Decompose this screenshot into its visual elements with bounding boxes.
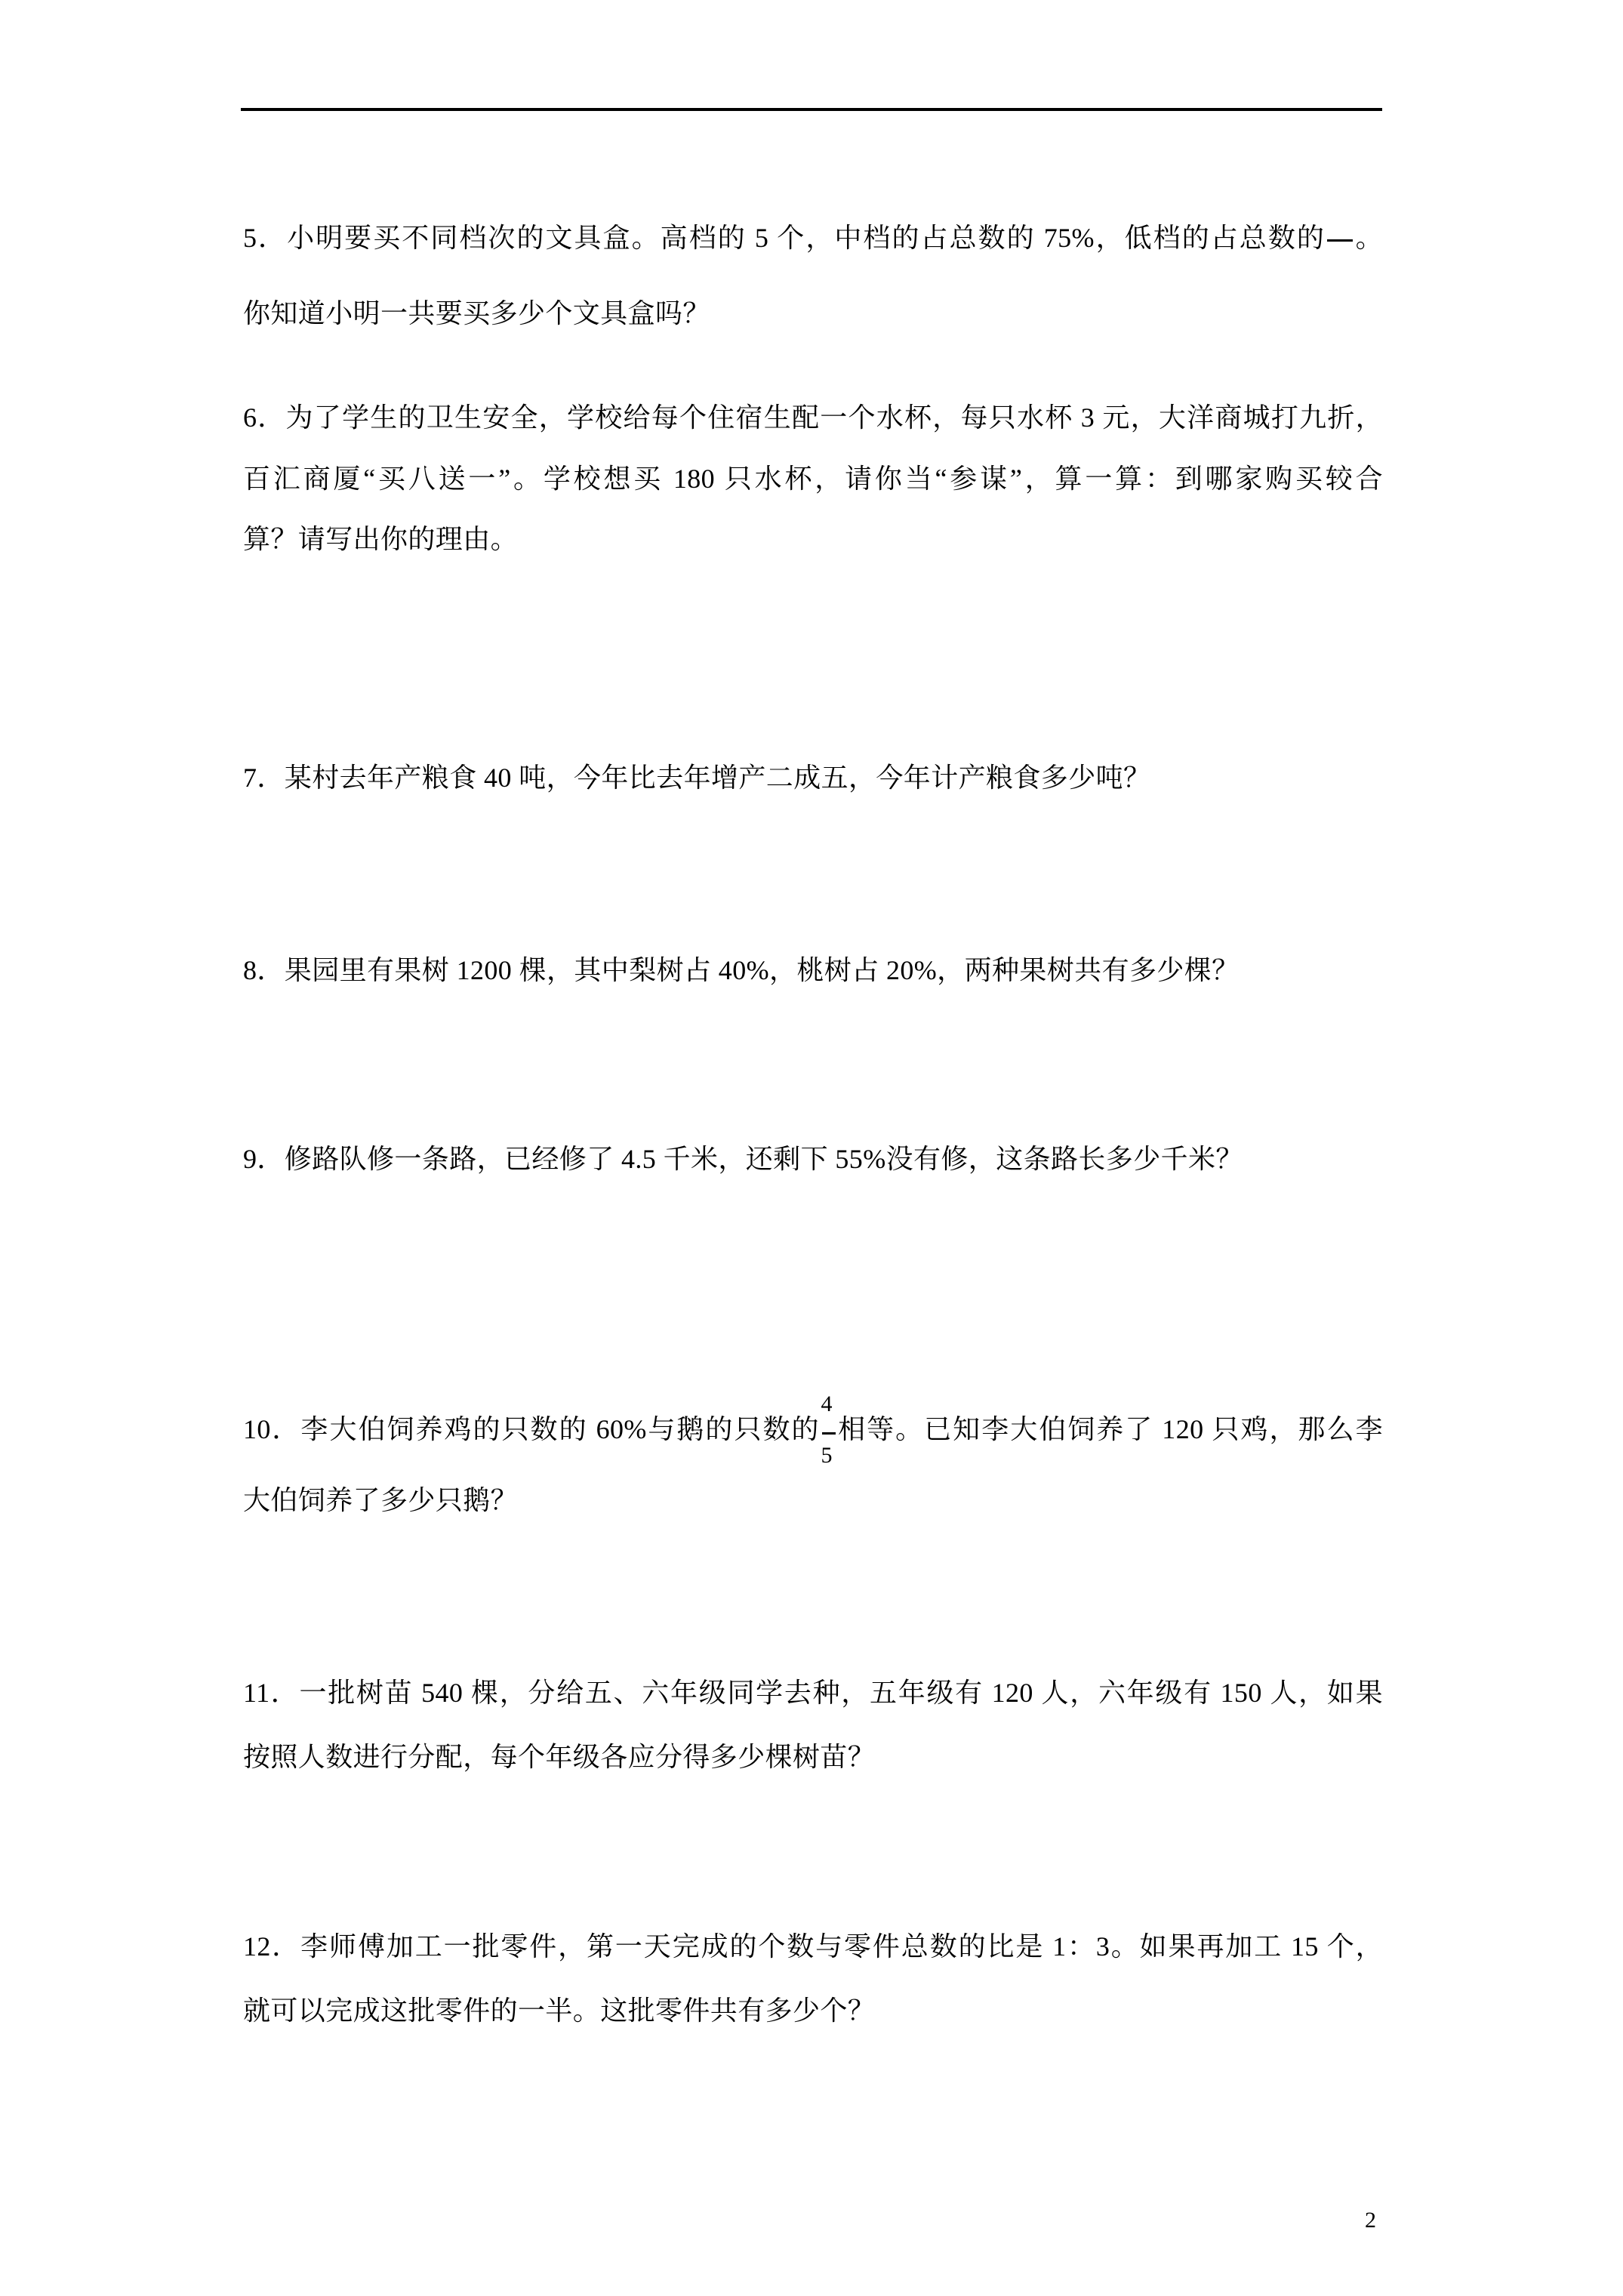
question-6-line-1: 6．为了学生的卫生安全，学校给每个住宿生配一个水杯，每只水杯 3 元，大洋商城打… [243,401,1383,434]
question-10-text: 10．李大伯饲养鸡的只数的 60%与鹅的只数的 [243,1414,821,1444]
fraction-bar [822,1432,836,1435]
question-10-text-end: 相等。已知李大伯饲养了 120 只鸡，那么李 [837,1414,1384,1444]
question-5-line-2: 你知道小明一共要买多少个文具盒吗？ [243,297,1383,330]
question-6-line-2: 百汇商厦“买八送一”。学校想买 180 只水杯，请你当“参谋”，算一算：到哪家购… [243,462,1383,495]
question-12-line-2: 就可以完成这批零件的一半。这批零件共有多少个？ [243,1994,1383,2027]
header-rule [241,108,1382,111]
question-12-line-1: 12．李师傅加工一批零件，第一天完成的个数与零件总数的比是 1：3。如果再加工 … [243,1930,1383,1963]
fraction-blank [1327,239,1353,242]
question-5-line-1: 5．小明要买不同档次的文具盒。高档的 5 个，中档的占总数的 75%，低档的占总… [243,221,1383,254]
question-5-text: 5．小明要买不同档次的文具盒。高档的 5 个，中档的占总数的 75%，低档的占总… [243,223,1326,253]
fraction-numerator: 4 [821,1393,836,1416]
fraction-four-fifths: 45 [821,1416,836,1449]
question-11-line-1: 11．一批树苗 540 棵，分给五、六年级同学去种，五年级有 120 人，六年级… [243,1676,1383,1709]
question-8-line-1: 8．果园里有果树 1200 棵，其中梨树占 40%，桃树占 20%，两种果树共有… [243,954,1383,987]
question-6-line-3: 算？请写出你的理由。 [243,522,1383,556]
page-number: 2 [1365,2208,1376,2233]
question-11-line-2: 按照人数进行分配，每个年级各应分得多少棵树苗？ [243,1740,1383,1774]
question-10-line-1: 10．李大伯饲养鸡的只数的 60%与鹅的只数的45相等。已知李大伯饲养了 120… [243,1413,1383,1446]
question-7-line-1: 7．某村去年产粮食 40 吨，今年比去年增产二成五，今年计产粮食多少吨？ [243,761,1383,794]
question-10-line-2: 大伯饲养了多少只鹅？ [243,1484,1383,1517]
question-5-text-end: 。 [1354,223,1383,253]
fraction-denominator: 5 [821,1444,836,1467]
question-9-line-1: 9．修路队修一条路，已经修了 4.5 千米，还剩下 55%没有修，这条路长多少千… [243,1142,1383,1176]
